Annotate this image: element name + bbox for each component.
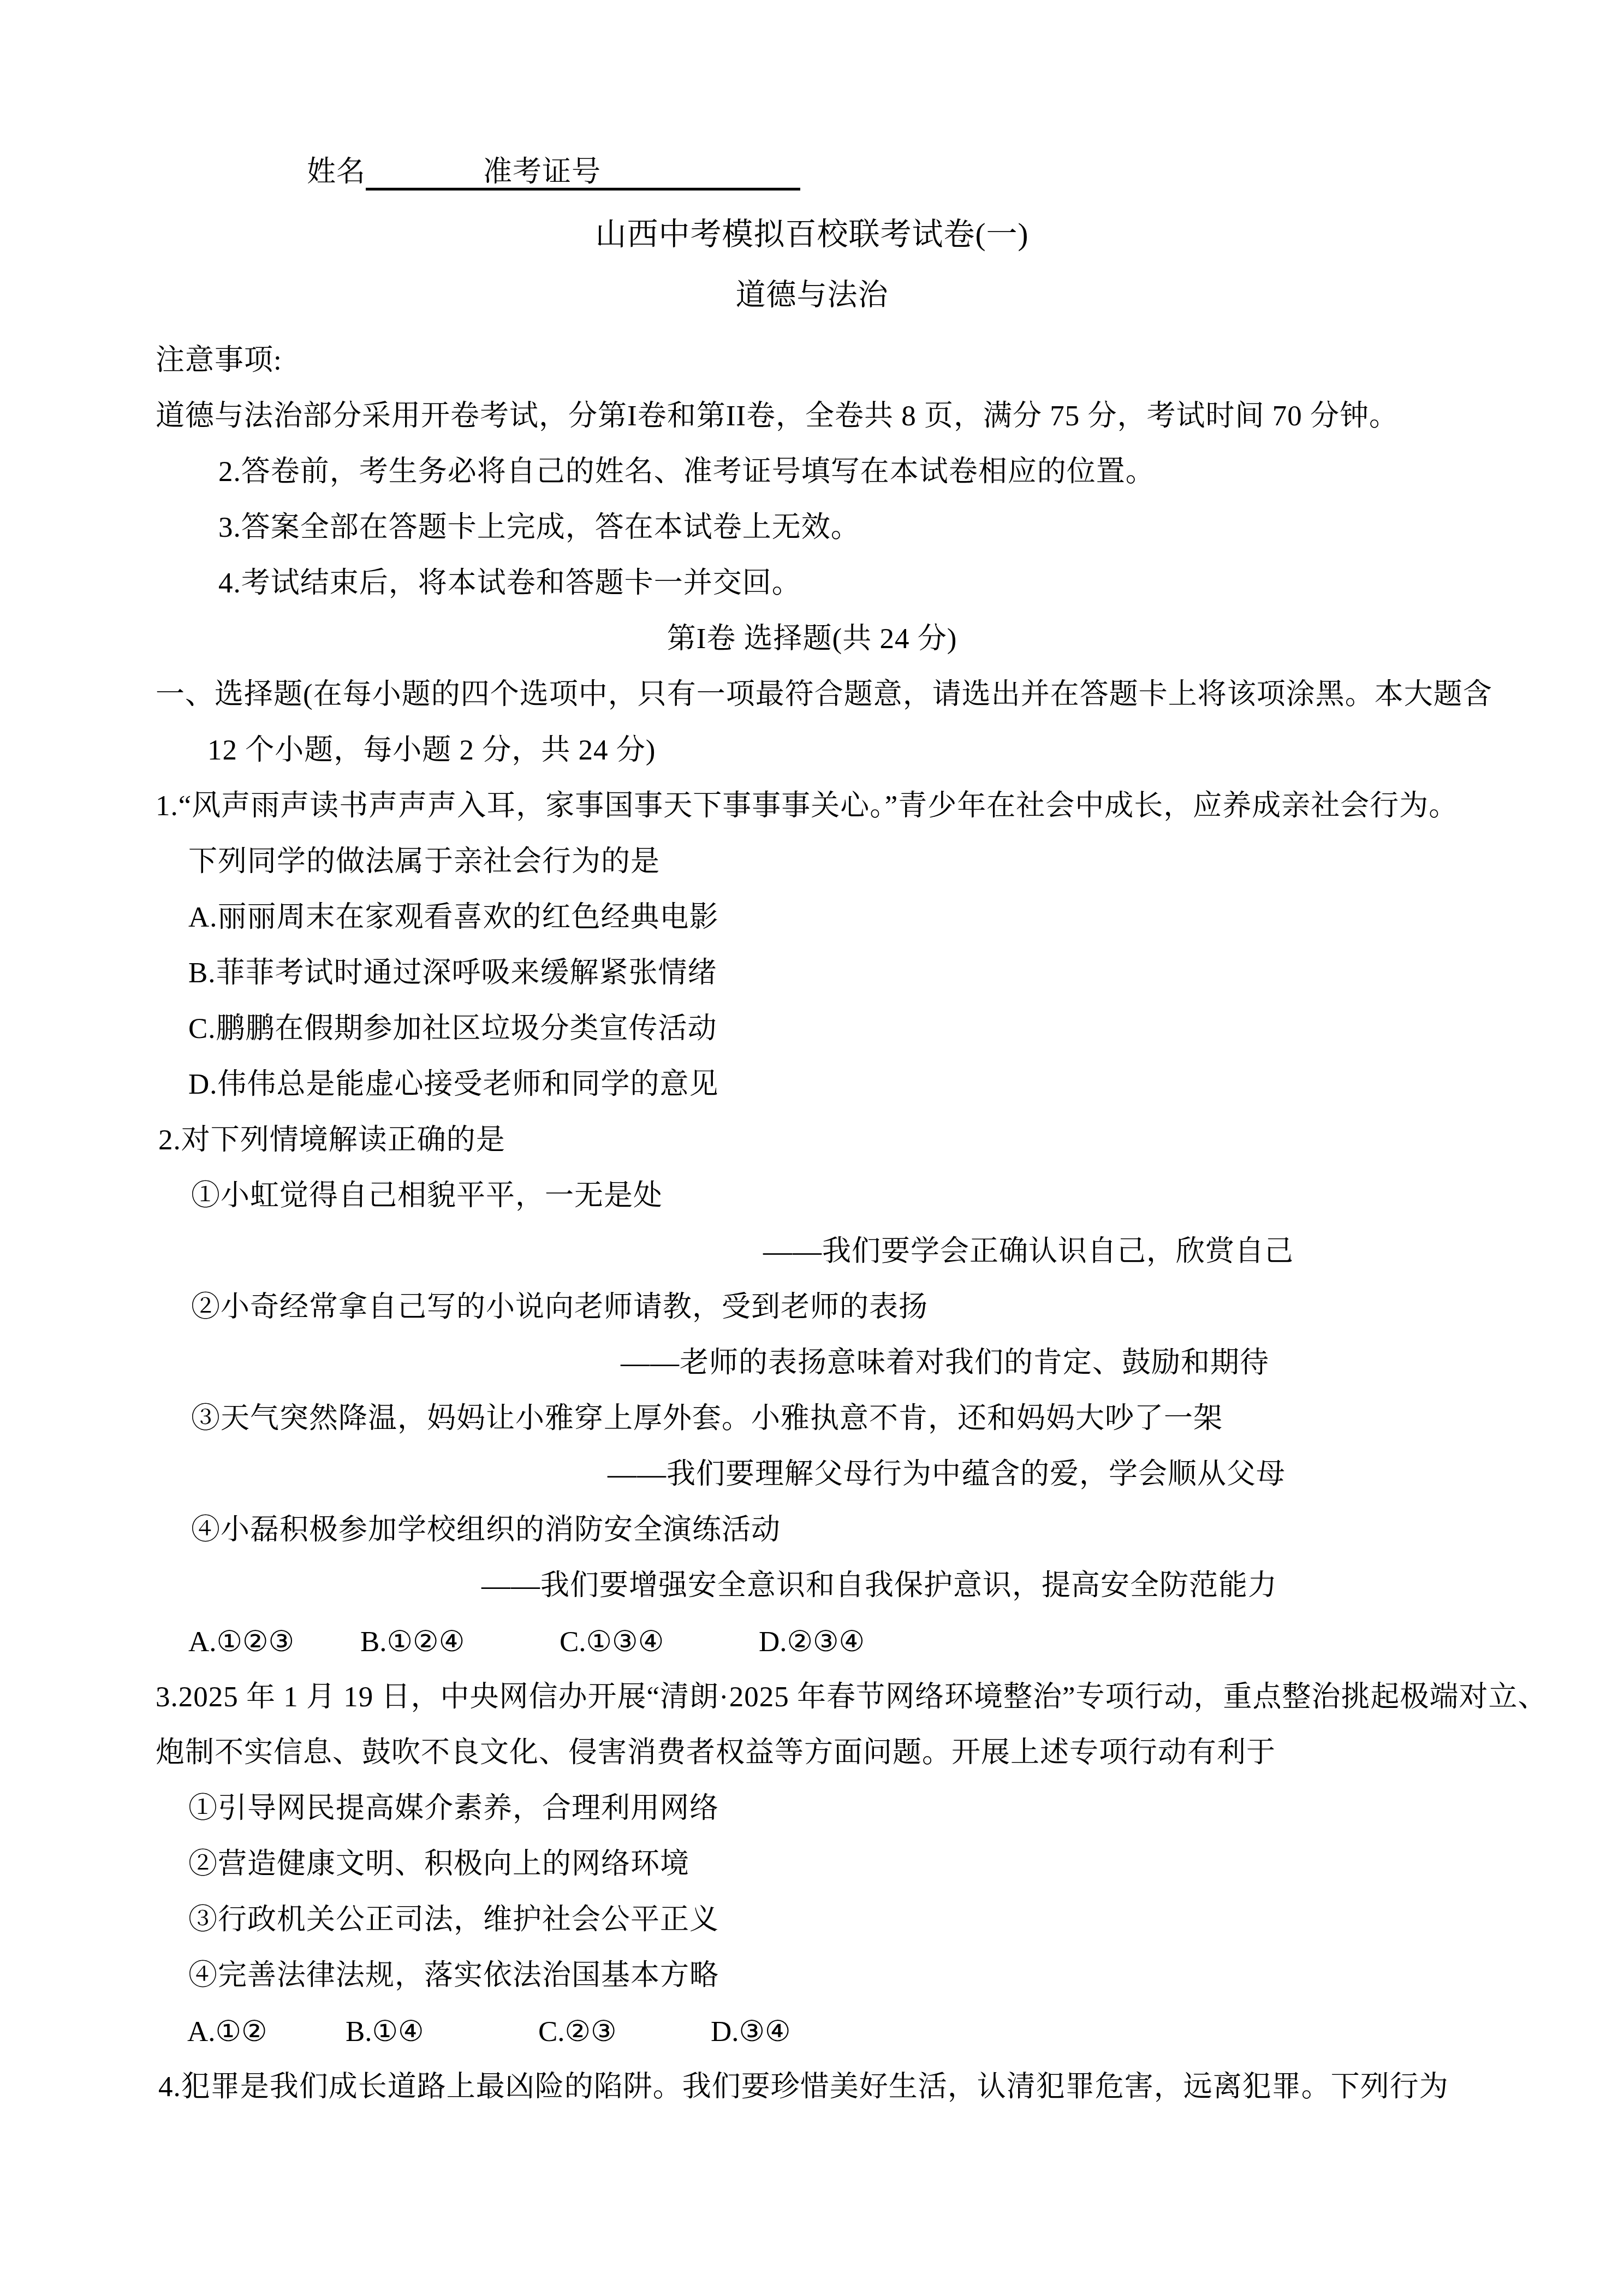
question-2-stem: 2.对下列情境解读正确的是 (158, 1122, 505, 1158)
section-heading: 第I卷 选择题(共 24 分) (0, 621, 1624, 657)
document-page: 姓名准考证号 山西中考模拟百校联考试卷(一) 道德与法治 注意事项: 道德与法治… (0, 0, 1624, 2296)
section-instruction-line2: 12 个小题，每小题 2 分，共 24 分) (207, 732, 656, 768)
question-2-scenario-4: ④小磊积极参加学校组织的消防安全演练活动 (191, 1512, 781, 1548)
question-2-scenario-2: ②小奇经常拿自己写的小说向老师请教，受到老师的表扬 (191, 1289, 928, 1325)
question-2-analysis-3: ——我们要理解父母行为中蕴含的爱，学会顺从父母 (0, 1456, 1286, 1492)
question-2-analysis-2: ——老师的表扬意味着对我们的肯定、鼓励和期待 (0, 1345, 1269, 1381)
question-3-stem-line2: 炮制不实信息、鼓吹不良文化、侵害消费者权益等方面问题。开展上述专项行动有利于 (156, 1735, 1276, 1771)
question-2-option-a: A.①②③ (188, 1625, 294, 1658)
exam-title: 山西中考模拟百校联考试卷(一) (0, 215, 1624, 254)
question-4-stem: 4.犯罪是我们成长道路上最凶险的陷阱。我们要珍惜美好生活，认清犯罪危害，远离犯罪… (158, 2069, 1449, 2105)
question-3-options-row: A.①② B.①④ C.②③ D.③④ (0, 2012, 1624, 2050)
subject-title: 道德与法治 (0, 276, 1624, 314)
notice-item-1: 道德与法治部分采用开卷考试，分第I卷和第II卷，全卷共 8 页，满分 75 分，… (156, 398, 1399, 434)
question-1-option-b: B.菲菲考试时通过深呼吸来缓解紧张情绪 (188, 955, 717, 991)
question-3-item-3: ③行政机关公正司法，维护社会公平正义 (188, 1902, 719, 1938)
name-label: 姓名 (307, 156, 366, 188)
question-1-option-c: C.鹏鹏在假期参加社区垃圾分类宣传活动 (188, 1011, 717, 1047)
question-2-scenario-1: ①小虹觉得自己相貌平平，一无是处 (191, 1178, 663, 1214)
question-1-option-a: A.丽丽周末在家观看喜欢的红色经典电影 (188, 899, 719, 935)
question-3-stem-line1: 3.2025 年 1 月 19 日，中央网信办开展“清朗·2025 年春节网络环… (156, 1679, 1547, 1715)
question-3-item-2: ②营造健康文明、积极向上的网络环境 (188, 1846, 689, 1882)
question-3-option-c: C.②③ (538, 2015, 617, 2048)
question-3-item-1: ①引导网民提高媒介素养，合理利用网络 (188, 1790, 719, 1826)
question-2-option-b: B.①②④ (360, 1625, 465, 1658)
notice-heading: 注意事项: (156, 342, 282, 378)
question-2-option-d: D.②③④ (759, 1625, 865, 1658)
notice-item-2: 2.答卷前，考生务必将自己的姓名、准考证号填写在本试卷相应的位置。 (218, 454, 1155, 490)
question-1-stem-line1: 1.“风声雨声读书声声声入耳，家事国事天下事事事关心。”青少年在社会中成长，应养… (156, 788, 1458, 824)
section-instruction-line1: 一、选择题(在每小题的四个选项中，只有一项最符合题意，请选出并在答题卡上将该项涂… (156, 677, 1492, 713)
name-row: 姓名准考证号 (307, 154, 800, 190)
admission-no-label: 准考证号 (483, 156, 601, 188)
notice-item-3: 3.答案全部在答题卡上完成，答在本试卷上无效。 (218, 509, 860, 545)
question-3-item-4: ④完善法律法规，落实依法治国基本方略 (188, 1957, 719, 1994)
question-2-scenario-3: ③天气突然降温，妈妈让小雅穿上厚外套。小雅执意不肯，还和妈妈大吵了一架 (191, 1401, 1223, 1437)
question-2-analysis-4: ——我们要增强安全意识和自我保护意识，提高安全防范能力 (0, 1568, 1277, 1604)
question-3-option-b: B.①④ (346, 2015, 424, 2048)
question-1-stem-line2: 下列同学的做法属于亲社会行为的是 (188, 844, 660, 880)
question-3-option-d: D.③④ (711, 2015, 791, 2048)
question-3-option-a: A.①② (187, 2015, 267, 2048)
question-2-options-row: A.①②③ B.①②④ C.①③④ D.②③④ (0, 1622, 1624, 1660)
question-2-option-c: C.①③④ (560, 1625, 664, 1658)
question-2-analysis-1: ——我们要学会正确认识自己，欣赏自己 (0, 1233, 1294, 1269)
question-1-option-d: D.伟伟总是能虚心接受老师和同学的意见 (188, 1066, 719, 1102)
notice-item-4: 4.考试结束后，将本试卷和答题卡一并交回。 (218, 565, 801, 601)
